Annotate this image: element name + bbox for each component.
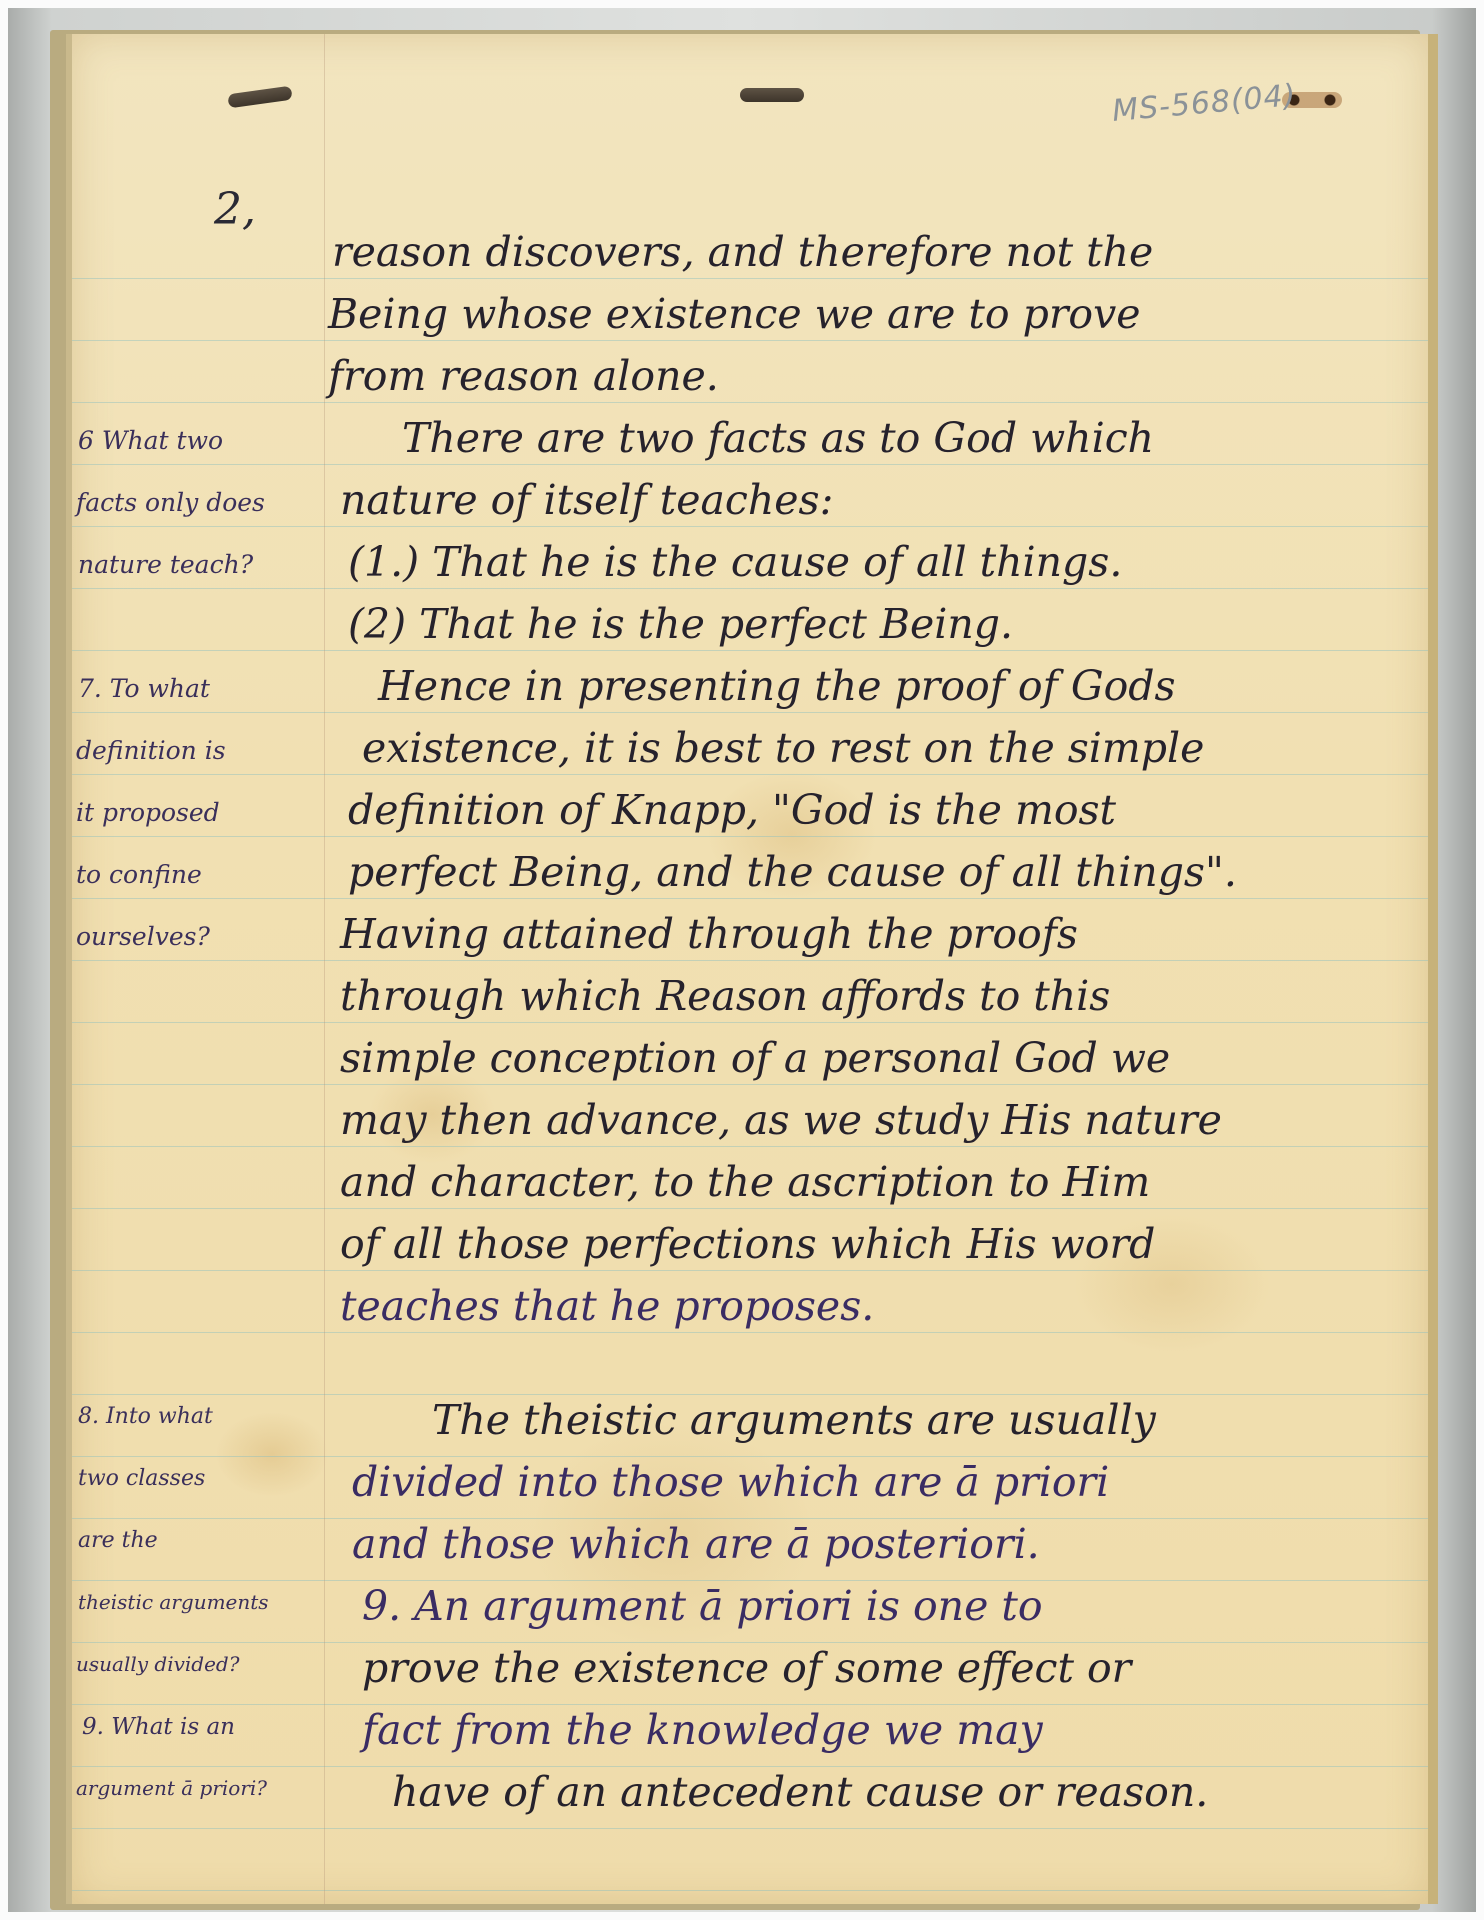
ruled-line bbox=[72, 464, 1428, 465]
body-line: The theistic arguments are usually bbox=[432, 1396, 1156, 1444]
body-line: simple conception of a personal God we bbox=[340, 1034, 1170, 1082]
staple-icon bbox=[740, 88, 804, 102]
body-line: of all those perfections which His word bbox=[340, 1220, 1155, 1268]
ruled-line bbox=[72, 1518, 1428, 1519]
body-line: definition of Knapp, "God is the most bbox=[348, 786, 1116, 834]
ruled-line bbox=[72, 340, 1428, 341]
staple-icon bbox=[227, 86, 292, 109]
margin-question-7: definition is bbox=[76, 736, 226, 765]
ruled-line bbox=[72, 898, 1428, 899]
margin-question-6: 6 What two bbox=[78, 426, 223, 455]
margin-question-9: argument ā priori? bbox=[76, 1776, 267, 1800]
ruled-line bbox=[72, 588, 1428, 589]
body-line: prove the existence of some effect or bbox=[362, 1644, 1131, 1692]
ruled-line bbox=[72, 1766, 1428, 1767]
margin-question-9: 9. What is an bbox=[82, 1714, 235, 1740]
body-line: have of an antecedent cause or reason. bbox=[392, 1768, 1208, 1816]
ruled-line bbox=[72, 1146, 1428, 1147]
margin-question-6: facts only does bbox=[76, 488, 265, 517]
ruled-line bbox=[72, 1394, 1428, 1395]
ruled-line bbox=[72, 526, 1428, 527]
ruled-line bbox=[72, 1084, 1428, 1085]
body-line: (1.) That he is the cause of all things. bbox=[348, 538, 1122, 586]
margin-rule bbox=[324, 34, 325, 1904]
margin-question-8: 8. Into what bbox=[78, 1404, 213, 1429]
margin-question-7: ourselves? bbox=[76, 922, 210, 951]
ruled-line bbox=[72, 1022, 1428, 1023]
margin-question-7: it proposed bbox=[76, 798, 220, 827]
body-line: through which Reason affords to this bbox=[340, 972, 1110, 1020]
catalog-number: MS-568(04) bbox=[1111, 78, 1298, 129]
ruled-line bbox=[72, 960, 1428, 961]
margin-question-7: 7. To what bbox=[78, 674, 210, 703]
margin-question-8: theistic arguments bbox=[78, 1590, 269, 1614]
body-line: and character, to the ascription to Him bbox=[340, 1158, 1150, 1206]
body-line: Being whose existence we are to prove bbox=[328, 290, 1141, 338]
body-line: perfect Being, and the cause of all thin… bbox=[348, 848, 1237, 896]
ruled-line bbox=[72, 1332, 1428, 1333]
ruled-line bbox=[72, 1580, 1428, 1581]
ruled-line bbox=[72, 774, 1428, 775]
margin-question-8: usually divided? bbox=[76, 1652, 239, 1676]
body-line: teaches that he proposes. bbox=[340, 1282, 874, 1330]
body-line: (2) That he is the perfect Being. bbox=[348, 600, 1013, 648]
ruled-line bbox=[72, 650, 1428, 651]
body-line: reason discovers, and therefore not the bbox=[332, 228, 1153, 276]
ruled-line bbox=[72, 1704, 1428, 1705]
margin-question-8: are the bbox=[78, 1528, 158, 1553]
margin-question-6: nature teach? bbox=[78, 550, 253, 579]
ruled-line bbox=[72, 278, 1428, 279]
ruled-line bbox=[72, 712, 1428, 713]
notebook-page: MS-568(04) 2, reason discovers, and ther… bbox=[66, 34, 1438, 1904]
ruled-line bbox=[72, 1642, 1428, 1643]
body-line: Having attained through the proofs bbox=[340, 910, 1078, 958]
ruled-line bbox=[72, 1456, 1428, 1457]
body-line: fact from the knowledge we may bbox=[362, 1706, 1043, 1754]
ruled-line bbox=[72, 1828, 1428, 1829]
margin-question-7: to confine bbox=[76, 860, 202, 889]
ruled-line bbox=[72, 836, 1428, 837]
body-line: divided into those which are ā priori bbox=[352, 1458, 1109, 1506]
ruled-line bbox=[72, 1208, 1428, 1209]
margin-question-8: two classes bbox=[78, 1466, 205, 1491]
body-line: existence, it is best to rest on the sim… bbox=[362, 724, 1204, 772]
body-line: from reason alone. bbox=[328, 352, 719, 400]
page-number: 2, bbox=[214, 184, 256, 235]
body-line: may then advance, as we study His nature bbox=[340, 1096, 1222, 1144]
body-line: nature of itself teaches: bbox=[340, 476, 833, 524]
ruled-line bbox=[72, 1890, 1428, 1891]
body-line: There are two facts as to God which bbox=[402, 414, 1154, 462]
body-line: Hence in presenting the proof of Gods bbox=[378, 662, 1176, 710]
body-line: 9. An argument ā priori is one to bbox=[362, 1582, 1043, 1630]
ruled-line bbox=[72, 402, 1428, 403]
body-line: and those which are ā posteriori. bbox=[352, 1520, 1040, 1568]
ruled-line bbox=[72, 1270, 1428, 1271]
